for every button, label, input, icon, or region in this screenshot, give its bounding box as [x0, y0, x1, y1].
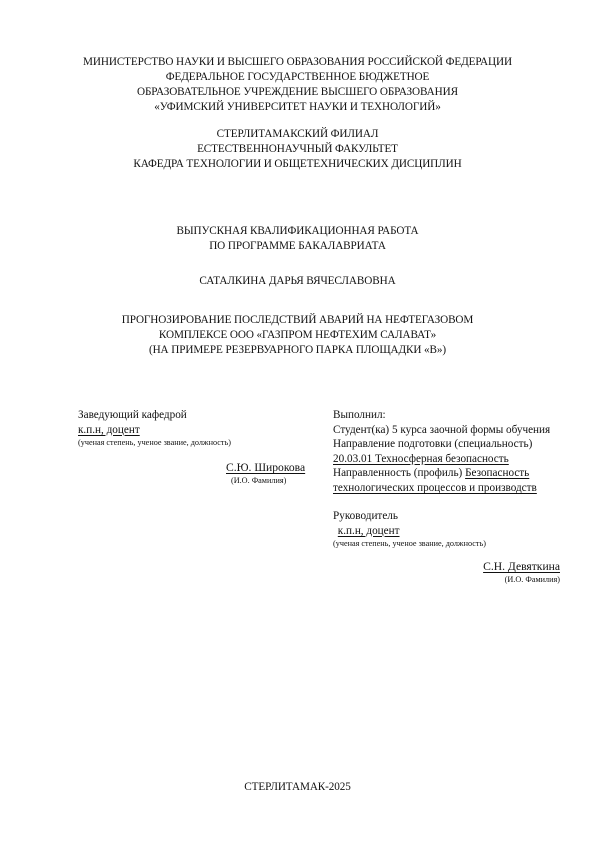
work-type: ВЫПУСКНАЯ КВАЛИФИКАЦИОННАЯ РАБОТА ПО ПРО…	[0, 224, 595, 254]
city-year: СТЕРЛИТАМАК-2025	[0, 780, 595, 795]
supervisor-degree-hint: (ученая степень, ученое звание, должност…	[333, 538, 563, 549]
university-name: «УФИМСКИЙ УНИВЕРСИТЕТ НАУКИ И ТЕХНОЛОГИЙ…	[0, 100, 595, 115]
supervisor-name-hint: (И.О. Фамилия)	[483, 574, 560, 585]
direction-value: 20.03.01 Техносферная безопасность	[333, 453, 509, 465]
student-course: Студент(ка) 5 курса заочной формы обучен…	[333, 423, 573, 438]
supervisor-signature: С.Н. Девяткина (И.О. Фамилия)	[483, 559, 560, 585]
ministry-line: МИНИСТЕРСТВО НАУКИ И ВЫСШЕГО ОБРАЗОВАНИЯ…	[0, 55, 595, 70]
head-degree: к.п.н, доцент	[78, 424, 140, 436]
supervisor-block: Руководитель к.п.н, доцент (ученая степе…	[333, 509, 563, 549]
student-label: Выполнил:	[333, 408, 573, 423]
work-type-line: ВЫПУСКНАЯ КВАЛИФИКАЦИОННАЯ РАБОТА	[0, 224, 595, 239]
title-page: МИНИСТЕРСТВО НАУКИ И ВЫСШЕГО ОБРАЗОВАНИЯ…	[0, 0, 595, 842]
head-degree-hint: (ученая степень, ученое звание, должност…	[78, 437, 318, 448]
head-name: С.Ю. Широкова	[226, 461, 305, 474]
head-role: Заведующий кафедрой	[78, 408, 318, 423]
ministry-line: ФЕДЕРАЛЬНОЕ ГОСУДАРСТВЕННОЕ БЮДЖЕТНОЕ	[0, 70, 595, 85]
direction-label: Направление подготовки (специальность)	[333, 437, 573, 452]
supervisor-name: С.Н. Девяткина	[483, 560, 560, 573]
department-name: КАФЕДРА ТЕХНОЛОГИИ И ОБЩЕТЕХНИЧЕСКИХ ДИС…	[0, 157, 595, 172]
ministry-header: МИНИСТЕРСТВО НАУКИ И ВЫСШЕГО ОБРАЗОВАНИЯ…	[0, 55, 595, 115]
supervisor-degree: к.п.н, доцент	[338, 525, 400, 537]
supervisor-role: Руководитель	[333, 509, 563, 524]
profile-value-part1: Безопасность	[465, 467, 529, 479]
author-name-text: САТАЛКИНА ДАРЬЯ ВЯЧЕСЛАВОВНА	[0, 274, 595, 289]
faculty-name: ЕСТЕСТВЕННОНАУЧНЫЙ ФАКУЛЬТЕТ	[0, 142, 595, 157]
footer-city-year: СТЕРЛИТАМАК-2025	[0, 780, 595, 795]
student-block: Выполнил: Студент(ка) 5 курса заочной фо…	[333, 408, 573, 496]
thesis-topic: ПРОГНОЗИРОВАНИЕ ПОСЛЕДСТВИЙ АВАРИЙ НА НЕ…	[0, 313, 595, 358]
profile-value-part2: технологических процессов и производств	[333, 482, 537, 494]
profile-label: Направленность (профиль)	[333, 467, 462, 479]
ministry-line: ОБРАЗОВАТЕЛЬНОЕ УЧРЕЖДЕНИЕ ВЫСШЕГО ОБРАЗ…	[0, 85, 595, 100]
topic-line: ПРОГНОЗИРОВАНИЕ ПОСЛЕДСТВИЙ АВАРИЙ НА НЕ…	[0, 313, 595, 328]
branch-name: СТЕРЛИТАМАКСКИЙ ФИЛИАЛ	[0, 127, 595, 142]
topic-line: КОМПЛЕКСЕ ООО «ГАЗПРОМ НЕФТЕХИМ САЛАВАТ»	[0, 328, 595, 343]
work-type-line: ПО ПРОГРАММЕ БАКАЛАВРИАТА	[0, 239, 595, 254]
head-of-department-block: Заведующий кафедрой к.п.н, доцент (учена…	[78, 408, 318, 448]
branch-header: СТЕРЛИТАМАКСКИЙ ФИЛИАЛ ЕСТЕСТВЕННОНАУЧНЫ…	[0, 127, 595, 172]
author-name: САТАЛКИНА ДАРЬЯ ВЯЧЕСЛАВОВНА	[0, 274, 595, 289]
topic-line: (НА ПРИМЕРЕ РЕЗЕРВУАРНОГО ПАРКА ПЛОЩАДКИ…	[0, 343, 595, 358]
